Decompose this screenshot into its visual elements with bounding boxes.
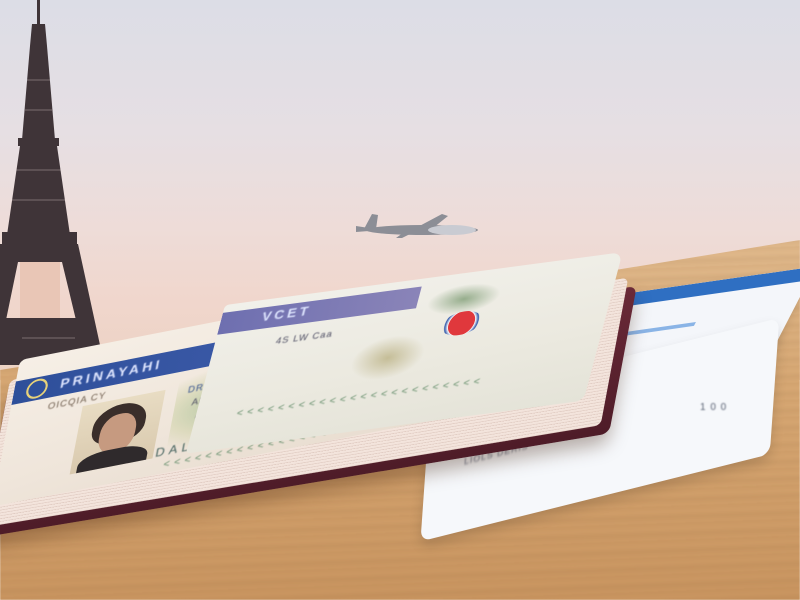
seal-stamp: [345, 331, 430, 384]
airplane-icon: [352, 210, 482, 246]
visa-field-right: 4S LW Caa: [275, 329, 334, 346]
boarding-pass-number: 1 0 0: [700, 402, 727, 413]
eiffel-tower-icon: [0, 0, 110, 380]
photo-scene: CERTESIY SIRBNIRIE BIOERIN FERE DERT SIO…: [0, 0, 800, 600]
